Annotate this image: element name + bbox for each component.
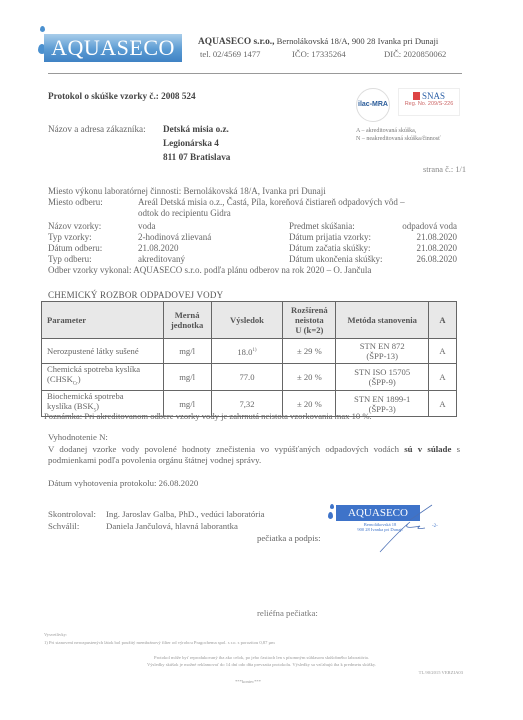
lab-site: Miesto výkonu laboratórnej činnosti: Ber…: [48, 186, 326, 196]
cell-result: 18.01): [211, 339, 283, 364]
water-drop-icon: [328, 512, 333, 519]
company-address: Bernolákovská 18/A, 900 28 Ivanka pri Du…: [277, 36, 439, 46]
disclaimer-2: Výsledky skúšok je možné reklamovať do 1…: [0, 662, 523, 667]
evaluation-text: V dodanej vzorke vody povolené hodnoty z…: [48, 444, 460, 466]
company-line: AQUASECO s.r.o., Bernolákovská 18/A, 900…: [198, 36, 438, 47]
sampling-place-label: Miesto odberu:: [48, 197, 103, 207]
checked-by: Ing. Jaroslav Galba, PhD., vedúci labora…: [106, 509, 265, 519]
table-row: Nerozpustené látky sušené mg/l 18.01) ± …: [42, 339, 457, 364]
disclaimer-1: Protokol môže byť reprodukovaný iba ako …: [0, 655, 523, 660]
form-code: TL.90/2015 VERZIA03: [419, 670, 463, 675]
test-start-label: Dátum začatia skúšky:: [289, 243, 370, 253]
col-unit: Mernájednotka: [163, 302, 211, 339]
cell-method: STN EN 872(ŠPP-13): [336, 339, 429, 364]
protocol-title: Protokol o skúške vzorky č.: 2008 524: [48, 91, 196, 101]
col-accreditation: A: [429, 302, 457, 339]
col-result: Výsledok: [211, 302, 283, 339]
header-divider: [48, 73, 462, 74]
accreditation-legend: A – akreditovaná skúška, N – neakreditov…: [356, 127, 441, 143]
shield-icon: [413, 92, 420, 100]
ilac-mra-label: ilac-MRA: [358, 101, 388, 108]
cell-uncertainty: ± 20 %: [283, 364, 336, 391]
checked-label: Skontroloval:: [48, 509, 96, 519]
sampling-type-value: akreditovaný: [138, 254, 185, 264]
cell-accreditation: A: [429, 390, 457, 417]
water-drop-icon: [330, 504, 334, 509]
logo-text: AQUASECO: [44, 34, 182, 62]
table-note: Poznámka: Pri akreditovanom odbere vzork…: [44, 411, 372, 421]
company-phone: tel. 02/4569 1477: [200, 49, 260, 59]
approved-by: Daniela Jančulová, hlavná laborantka: [106, 521, 238, 531]
snas-logo: SNAS: [399, 91, 459, 101]
test-end-value: 26.08.2020: [417, 254, 458, 264]
customer-label: Názov a adresa zákazníka:: [48, 124, 146, 134]
received-date-label: Dátum prijatia vzorky:: [289, 232, 371, 242]
issue-date: Dátum vyhotovenia protokolu: 26.08.2020: [48, 478, 198, 488]
col-uncertainty: RozšírenáneistotaU (k=2): [283, 302, 336, 339]
snas-reg-no: Reg. No. 209/S-226: [399, 101, 459, 107]
footnote: 1) Pri stanovení nerozpustených látok bo…: [44, 640, 275, 645]
company-dic: DIČ: 2020850062: [384, 49, 446, 59]
cell-result: 77.0: [211, 364, 283, 391]
cell-unit: mg/l: [163, 339, 211, 364]
results-table: Parameter Mernájednotka Výsledok Rozšíre…: [41, 301, 457, 417]
page-number: strana č.: 1/1: [423, 165, 466, 174]
received-date-value: 21.08.2020: [417, 232, 458, 242]
cell-unit: mg/l: [163, 364, 211, 391]
sampling-date-label: Dátum odberu:: [48, 243, 102, 253]
company-name: AQUASECO s.r.o.,: [198, 37, 275, 47]
table-header-row: Parameter Mernájednotka Výsledok Rozšíre…: [42, 302, 457, 339]
cell-accreditation: A: [429, 364, 457, 391]
relief-stamp-label: reliéfna pečiatka:: [257, 608, 318, 618]
customer-city: 811 07 Bratislava: [163, 152, 230, 162]
sample-type-label: Typ vzorky:: [48, 232, 92, 242]
cell-uncertainty: ± 29 %: [283, 339, 336, 364]
col-method: Metóda stanovenia: [336, 302, 429, 339]
customer-street: Legionárska 4: [163, 138, 219, 148]
cell-parameter: Chemická spotreba kyslíka(CHSKCr): [42, 364, 164, 391]
evaluation-heading: Vyhodnotenie N:: [48, 432, 108, 442]
sampling-place-line2: odtok do recipientu Gidra: [138, 208, 231, 218]
section-title: CHEMICKÝ ROZBOR ODPADOVEJ VODY: [48, 290, 223, 300]
test-subject-value: odpadová voda: [402, 221, 457, 231]
legend-a: A – akreditovaná skúška,: [356, 127, 441, 135]
sampling-type-label: Typ odberu:: [48, 254, 92, 264]
explanations-label: Vysvetlivky:: [44, 632, 67, 637]
table-row: Chemická spotreba kyslíka(CHSKCr) mg/l 7…: [42, 364, 457, 391]
snas-badge: SNAS Reg. No. 209/S-226: [398, 88, 460, 116]
cell-accreditation: A: [429, 339, 457, 364]
sample-name-label: Názov vzorky:: [48, 221, 101, 231]
sampled-by: Odber vzorky vykonal: AQUASECO s.r.o. po…: [48, 265, 371, 275]
end-mark: ***koniec***: [235, 679, 261, 684]
legend-n: N – neakreditovaná skúška/činnosť: [356, 135, 441, 143]
test-end-label: Dátum ukončenia skúšky:: [289, 254, 383, 264]
approved-label: Schválil:: [48, 521, 79, 531]
test-start-value: 21.08.2020: [417, 243, 458, 253]
company-ico: IČO: 17335264: [292, 49, 346, 59]
cell-method: STN ISO 15705(ŠPP-9): [336, 364, 429, 391]
test-subject-label: Predmet skúšania:: [289, 221, 355, 231]
signature-scribble: [370, 500, 440, 555]
ilac-mra-badge: ilac-MRA: [356, 88, 390, 122]
snas-label: SNAS: [422, 91, 445, 101]
customer-name: Detská misia o.z.: [163, 124, 229, 134]
sampling-place-line1: Areál Detská misia o.z., Častá, Píla, ko…: [138, 197, 405, 207]
sample-type-value: 2-hodinová zlievaná: [138, 232, 211, 242]
sampling-date-value: 21.08.2020: [138, 243, 179, 253]
stamp-label: pečiatka a podpis:: [257, 533, 321, 543]
cell-parameter: Nerozpustené látky sušené: [42, 339, 164, 364]
col-parameter: Parameter: [42, 302, 164, 339]
sample-name-value: voda: [138, 221, 156, 231]
water-drop-icon: [40, 26, 45, 32]
